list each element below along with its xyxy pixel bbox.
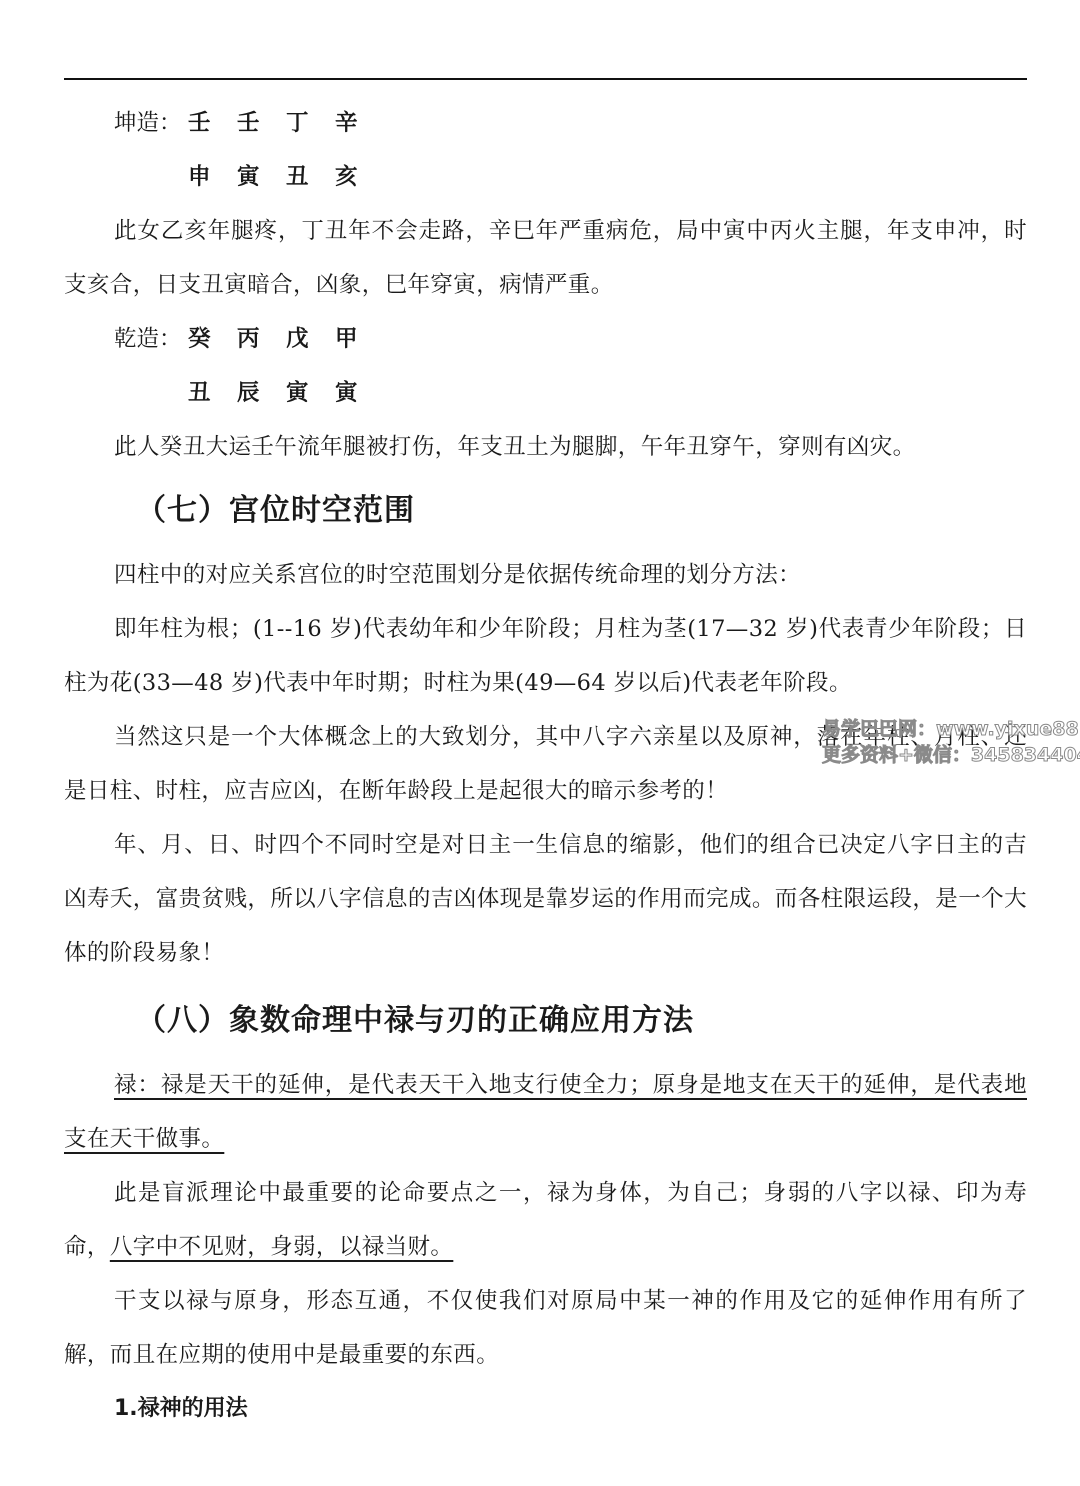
section-8-paragraph-2: 此是盲派理论中最重要的论命要点之一，禄为身体，为自己；身弱的八字以禄、印为寿命，… [64, 1166, 1027, 1274]
kun-chart-label: 坤造： [114, 96, 188, 150]
branch: 寅 [237, 150, 286, 204]
stem: 辛 [335, 96, 384, 150]
branch: 寅 [286, 366, 335, 420]
kun-chart-branches: 申 寅 丑 亥 [64, 150, 1027, 204]
branch: 辰 [237, 366, 286, 420]
qian-chart-branches: 丑 辰 寅 寅 [64, 366, 1027, 420]
qian-chart-label: 乾造： [114, 312, 188, 366]
stem: 壬 [188, 96, 237, 150]
kun-paragraph: 此女乙亥年腿疼，丁丑年不会走路，辛巳年严重病危，局中寅中丙火主腿，年支申冲，时支… [64, 204, 1027, 312]
kun-chart-stems: 坤造： 壬 壬 丁 辛 [64, 96, 1027, 150]
qian-chart-stems: 乾造： 癸 丙 戊 甲 [64, 312, 1027, 366]
section-8-paragraph-3: 干支以禄与原身，形态互通，不仅使我们对原局中某一神的作用及它的延伸作用有所了解，… [64, 1274, 1027, 1382]
section-7-paragraph-4: 年、月、日、时四个不同时空是对日主一生信息的缩影，他们的组合已决定八字日主的吉凶… [64, 818, 1027, 980]
stem: 戊 [286, 312, 335, 366]
stem: 甲 [335, 312, 384, 366]
section-7-heading: （七）宫位时空范围 [64, 474, 1027, 548]
underlined-definition: 禄：禄是天干的延伸，是代表天干入地支行使全力；原身是地支在天干的延伸，是代表地支… [64, 1072, 1027, 1152]
branch: 寅 [335, 366, 384, 420]
branch: 亥 [335, 150, 384, 204]
stem: 丁 [286, 96, 335, 150]
header-rule [64, 78, 1027, 80]
branch: 申 [188, 150, 237, 204]
stem: 丙 [237, 312, 286, 366]
branch: 丑 [188, 366, 237, 420]
underlined-emphasis: 八字中不见财，身弱，以禄当财。 [110, 1234, 454, 1260]
branch: 丑 [286, 150, 335, 204]
subsection-1-heading: 1.禄神的用法 [64, 1382, 1027, 1436]
section-8-heading: （八）象数命理中禄与刃的正确应用方法 [64, 984, 1027, 1058]
section-8-paragraph-1: 禄：禄是天干的延伸，是代表天干入地支行使全力；原身是地支在天干的延伸，是代表地支… [64, 1058, 1027, 1166]
section-7-paragraph-2: 即年柱为根；(1--16 岁)代表幼年和少年阶段；月柱为茎(17—32 岁)代表… [64, 602, 1027, 710]
stem: 癸 [188, 312, 237, 366]
document-page: 坤造： 壬 壬 丁 辛 申 寅 丑 亥 此女乙亥年腿疼，丁丑年不会走路，辛巳年严… [64, 96, 1027, 1436]
qian-paragraph: 此人癸丑大运壬午流年腿被打伤，年支丑土为腿脚，午年丑穿午，穿则有凶灾。 [64, 420, 1027, 474]
section-7-paragraph-1: 四柱中的对应关系宫位的时空范围划分是依据传统命理的划分方法： [64, 548, 1027, 602]
stem: 壬 [237, 96, 286, 150]
section-7-paragraph-3: 当然这只是一个大体概念上的大致划分，其中八字六亲星以及原神，落在年柱、月柱、还是… [64, 710, 1027, 818]
